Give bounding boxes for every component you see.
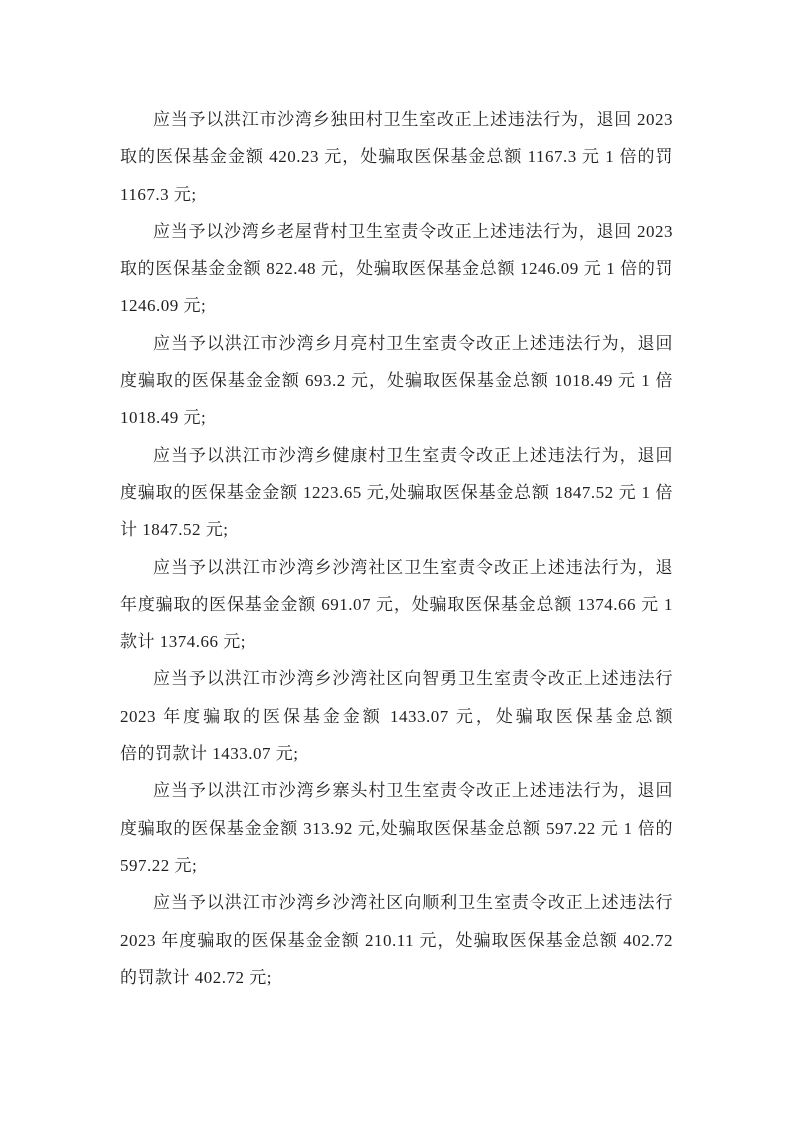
text-line: 取的医保基金金额 822.48 元，处骗取医保基金总额 1246.09 元 1 … <box>120 250 673 287</box>
paragraph: 应当予以洪江市沙湾乡沙湾社区卫生室责令改正上述违法行为，退回 2023年度骗取的… <box>120 549 673 661</box>
paragraph: 应当予以洪江市沙湾乡健康村卫生室责令改正上述违法行为，退回 2023 年度骗取的… <box>120 437 673 549</box>
text-line: 倍的罚款计 1433.07 元; <box>120 735 673 772</box>
text-line: 应当予以洪江市沙湾乡沙湾社区卫生室责令改正上述违法行为，退回 2023 <box>120 549 673 586</box>
text-line: 年度骗取的医保基金金额 691.07 元，处骗取医保基金总额 1374.66 元… <box>120 586 673 623</box>
text-line: 应当予以洪江市沙湾乡沙湾社区向顺利卫生室责令改正上述违法行为,退回 <box>120 884 673 921</box>
text-line: 应当予以洪江市沙湾乡沙湾社区向智勇卫生室责令改正上述违法行为,退回 <box>120 660 673 697</box>
document-body: 应当予以洪江市沙湾乡独田村卫生室改正上述违法行为，退回 2023 年度骗取的医保… <box>120 101 673 996</box>
document-page: 应当予以洪江市沙湾乡独田村卫生室改正上述违法行为，退回 2023 年度骗取的医保… <box>0 0 793 1122</box>
text-line: 款计 1374.66 元; <box>120 623 673 660</box>
text-line: 597.22 元; <box>120 847 673 884</box>
text-line: 应当予以洪江市沙湾乡健康村卫生室责令改正上述违法行为，退回 2023 年 <box>120 437 673 474</box>
text-line: 应当予以沙湾乡老屋背村卫生室责令改正上述违法行为，退回 2023 年度骗 <box>120 213 673 250</box>
text-line: 1167.3 元; <box>120 176 673 213</box>
text-line: 度骗取的医保基金金额 313.92 元,处骗取医保基金总额 597.22 元 1… <box>120 810 673 847</box>
text-line: 1246.09 元; <box>120 287 673 324</box>
text-line: 度骗取的医保基金金额 693.2 元，处骗取医保基金总额 1018.49 元 1… <box>120 362 673 399</box>
paragraph: 应当予以洪江市沙湾乡寨头村卫生室责令改正上述违法行为，退回 2023 年度骗取的… <box>120 772 673 884</box>
paragraph: 应当予以洪江市沙湾乡沙湾社区向顺利卫生室责令改正上述违法行为,退回2023 年度… <box>120 884 673 996</box>
text-line: 2023 年度骗取的医保基金金额 210.11 元，处骗取医保基金总额 402.… <box>120 922 673 959</box>
text-line: 计 1847.52 元; <box>120 511 673 548</box>
text-line: 度骗取的医保基金金额 1223.65 元,处骗取医保基金总额 1847.52 元… <box>120 474 673 511</box>
text-line: 应当予以洪江市沙湾乡独田村卫生室改正上述违法行为，退回 2023 年度骗 <box>120 101 673 138</box>
paragraph: 应当予以沙湾乡老屋背村卫生室责令改正上述违法行为，退回 2023 年度骗取的医保… <box>120 213 673 325</box>
text-line: 应当予以洪江市沙湾乡月亮村卫生室责令改正上述违法行为，退回 2023 年 <box>120 325 673 362</box>
paragraph: 应当予以洪江市沙湾乡月亮村卫生室责令改正上述违法行为，退回 2023 年度骗取的… <box>120 325 673 437</box>
text-line: 2023 年度骗取的医保基金金额 1433.07 元，处骗取医保基金总额 143… <box>120 698 673 735</box>
text-line: 应当予以洪江市沙湾乡寨头村卫生室责令改正上述违法行为，退回 2023 年 <box>120 772 673 809</box>
text-line: 取的医保基金金额 420.23 元，处骗取医保基金总额 1167.3 元 1 倍… <box>120 138 673 175</box>
text-line: 的罚款计 402.72 元; <box>120 959 673 996</box>
text-line: 1018.49 元; <box>120 399 673 436</box>
paragraph: 应当予以洪江市沙湾乡沙湾社区向智勇卫生室责令改正上述违法行为,退回2023 年度… <box>120 660 673 772</box>
paragraph: 应当予以洪江市沙湾乡独田村卫生室改正上述违法行为，退回 2023 年度骗取的医保… <box>120 101 673 213</box>
